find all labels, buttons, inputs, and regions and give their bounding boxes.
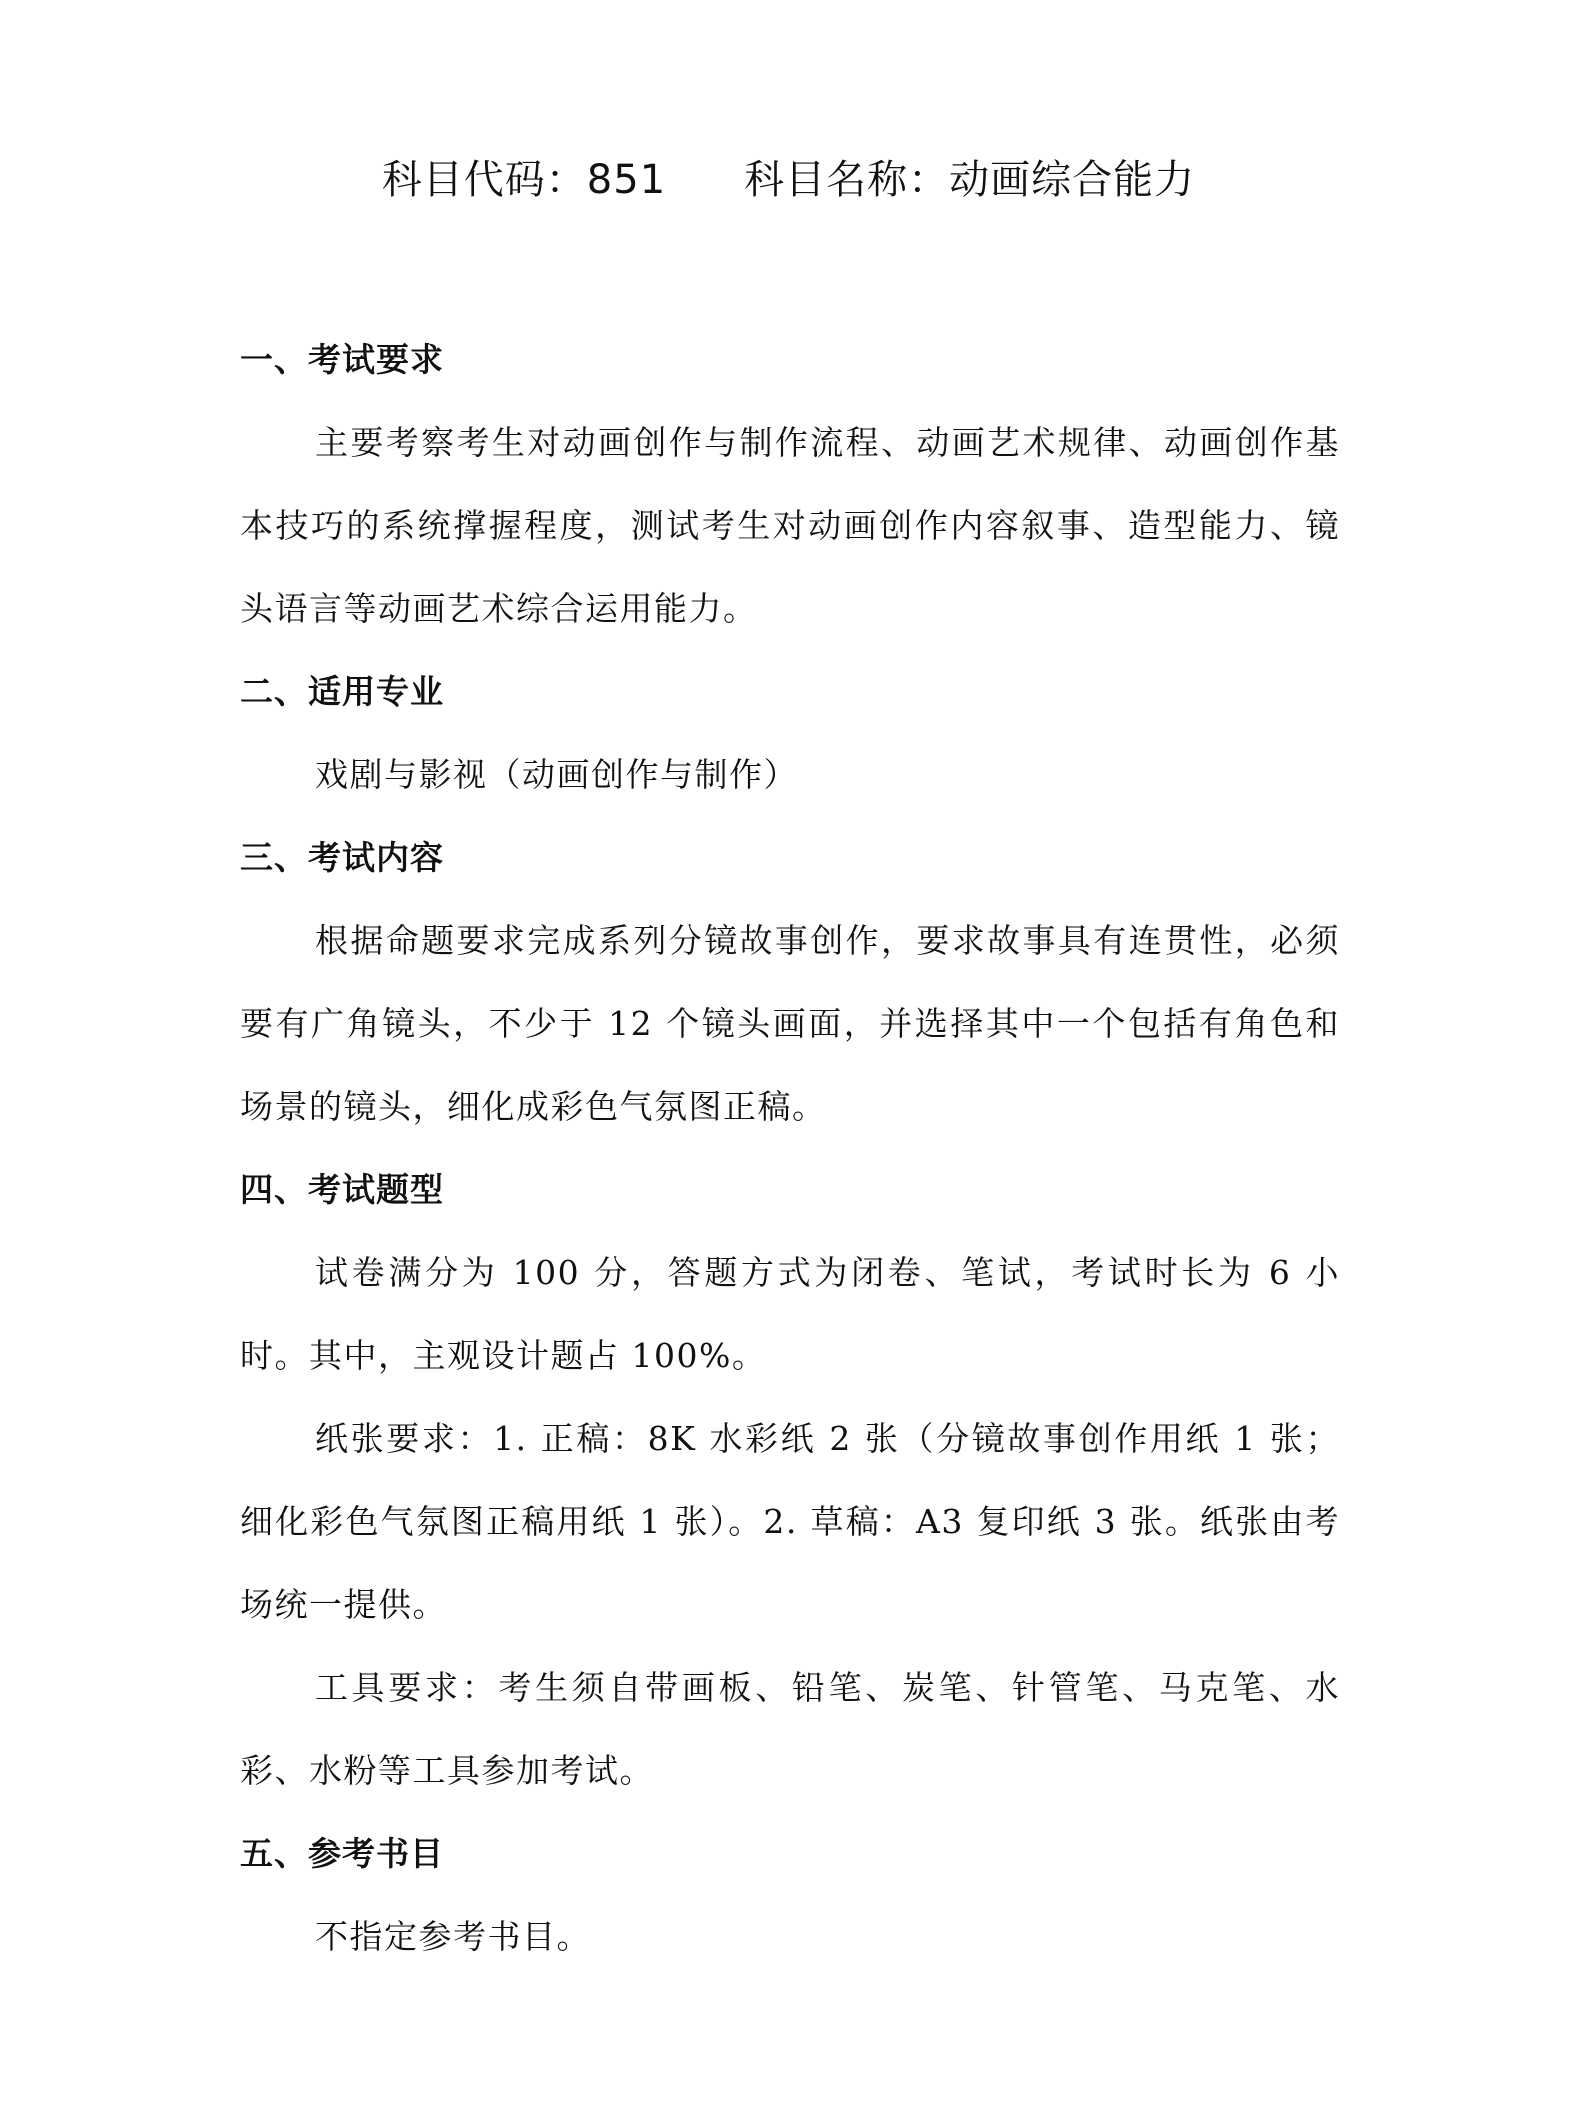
section-heading: 二、适用专业 <box>240 650 1340 733</box>
section-paragraph: 戏剧与影视（动画创作与制作） <box>240 733 1340 816</box>
document-page: 科目代码：851科目名称：动画综合能力 一、考试要求 主要考察考生对动画创作与制… <box>0 0 1587 2105</box>
section-paragraph: 不指定参考书目。 <box>240 1895 1340 1978</box>
section-heading: 三、考试内容 <box>240 816 1340 899</box>
section-paragraph-paper-requirements: 纸张要求：1. 正稿：8K 水彩纸 2 张（分镜故事创作用纸 1 张；细化彩色气… <box>240 1397 1340 1646</box>
section-applicable-major: 二、适用专业 戏剧与影视（动画创作与制作） <box>240 650 1340 816</box>
subject-code: 科目代码：851 <box>382 157 666 203</box>
section-heading: 一、考试要求 <box>240 318 1340 401</box>
section-heading: 四、考试题型 <box>240 1148 1340 1231</box>
section-exam-content: 三、考试内容 根据命题要求完成系列分镜故事创作，要求故事具有连贯性，必须要有广角… <box>240 816 1340 1148</box>
section-exam-format: 四、考试题型 试卷满分为 100 分，答题方式为闭卷、笔试，考试时长为 6 小时… <box>240 1148 1340 1812</box>
section-exam-requirements: 一、考试要求 主要考察考生对动画创作与制作流程、动画艺术规律、动画创作基本技巧的… <box>240 318 1340 650</box>
section-reference-books: 五、参考书目 不指定参考书目。 <box>240 1812 1340 1978</box>
subject-name: 科目名称：动画综合能力 <box>744 157 1195 203</box>
document-body: 一、考试要求 主要考察考生对动画创作与制作流程、动画艺术规律、动画创作基本技巧的… <box>240 318 1340 1978</box>
section-paragraph-tool-requirements: 工具要求：考生须自带画板、铅笔、炭笔、针管笔、马克笔、水彩、水粉等工具参加考试。 <box>240 1646 1340 1812</box>
section-paragraph-scoring: 试卷满分为 100 分，答题方式为闭卷、笔试，考试时长为 6 小时。其中，主观设… <box>240 1231 1340 1397</box>
section-heading: 五、参考书目 <box>240 1812 1340 1895</box>
document-title: 科目代码：851科目名称：动画综合能力 <box>0 150 1582 210</box>
section-paragraph: 根据命题要求完成系列分镜故事创作，要求故事具有连贯性，必须要有广角镜头，不少于 … <box>240 899 1340 1148</box>
section-paragraph: 主要考察考生对动画创作与制作流程、动画艺术规律、动画创作基本技巧的系统撑握程度，… <box>240 401 1340 650</box>
